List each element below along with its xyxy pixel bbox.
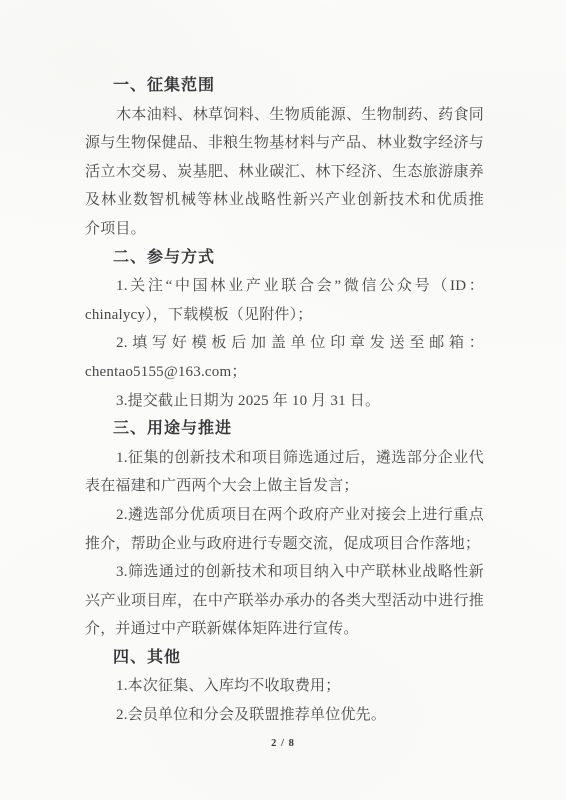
text-line: 介项目。 [85, 215, 484, 244]
text-line: 表在福建和广西两个大会上做主旨发言； [85, 472, 484, 501]
text-line: 2.会员单位和分会及联盟推荐单位优先。 [85, 701, 484, 730]
text-line: 活立木交易、炭基肥、林业碳汇、林下经济、生态旅游康养 [85, 158, 484, 187]
document-page: 一、征集范围 木本油料、林草饲料、生物质能源、生物制药、药食同 源与生物保健品、… [0, 0, 566, 800]
text-line: 3.提交截止日期为 2025 年 10 月 31 日。 [85, 387, 484, 416]
document-body: 一、征集范围 木本油料、林草饲料、生物质能源、生物制药、药食同 源与生物保健品、… [85, 72, 484, 730]
text-line: 2.遴选部分优质项目在两个政府产业对接会上进行重点 [85, 501, 484, 530]
text-line: 1.关注“中国林业产业联合会”微信公众号（ID： [85, 272, 484, 301]
text-line: 兴产业项目库，在中产联举办承办的各类大型活动中进行推 [85, 587, 484, 616]
text-line: 3.筛选通过的创新技术和项目纳入中产联林业战略性新 [85, 558, 484, 587]
page-number: 2 / 8 [0, 738, 566, 749]
text-line: chinalycy），下载模板（见附件）； [85, 301, 484, 330]
section-3-heading: 三、用途与推进 [85, 415, 484, 444]
text-line: 及林业数智机械等林业战略性新兴产业创新技术和优质推 [85, 186, 484, 215]
section-1-heading: 一、征集范围 [85, 72, 484, 101]
text-line: 源与生物保健品、非粮生物基材料与产品、林业数字经济与 [85, 129, 484, 158]
text-line: 1.本次征集、入库均不收取费用； [85, 672, 484, 701]
section-2-heading: 二、参与方式 [85, 244, 484, 273]
text-line: 2.填写好模板后加盖单位印章发送至邮箱： [85, 329, 484, 358]
text-line: 1.征集的创新技术和项目筛选通过后，遴选部分企业代 [85, 444, 484, 473]
text-line-email: chentao5155@163.com； [85, 358, 484, 387]
text-line: 木本油料、林草饲料、生物质能源、生物制药、药食同 [85, 101, 484, 130]
text-line: 推介，帮助企业与政府进行专题交流，促成项目合作落地； [85, 530, 484, 559]
section-4-heading: 四、其他 [85, 644, 484, 673]
text-line: 介，并通过中产联新媒体矩阵进行宣传。 [85, 615, 484, 644]
